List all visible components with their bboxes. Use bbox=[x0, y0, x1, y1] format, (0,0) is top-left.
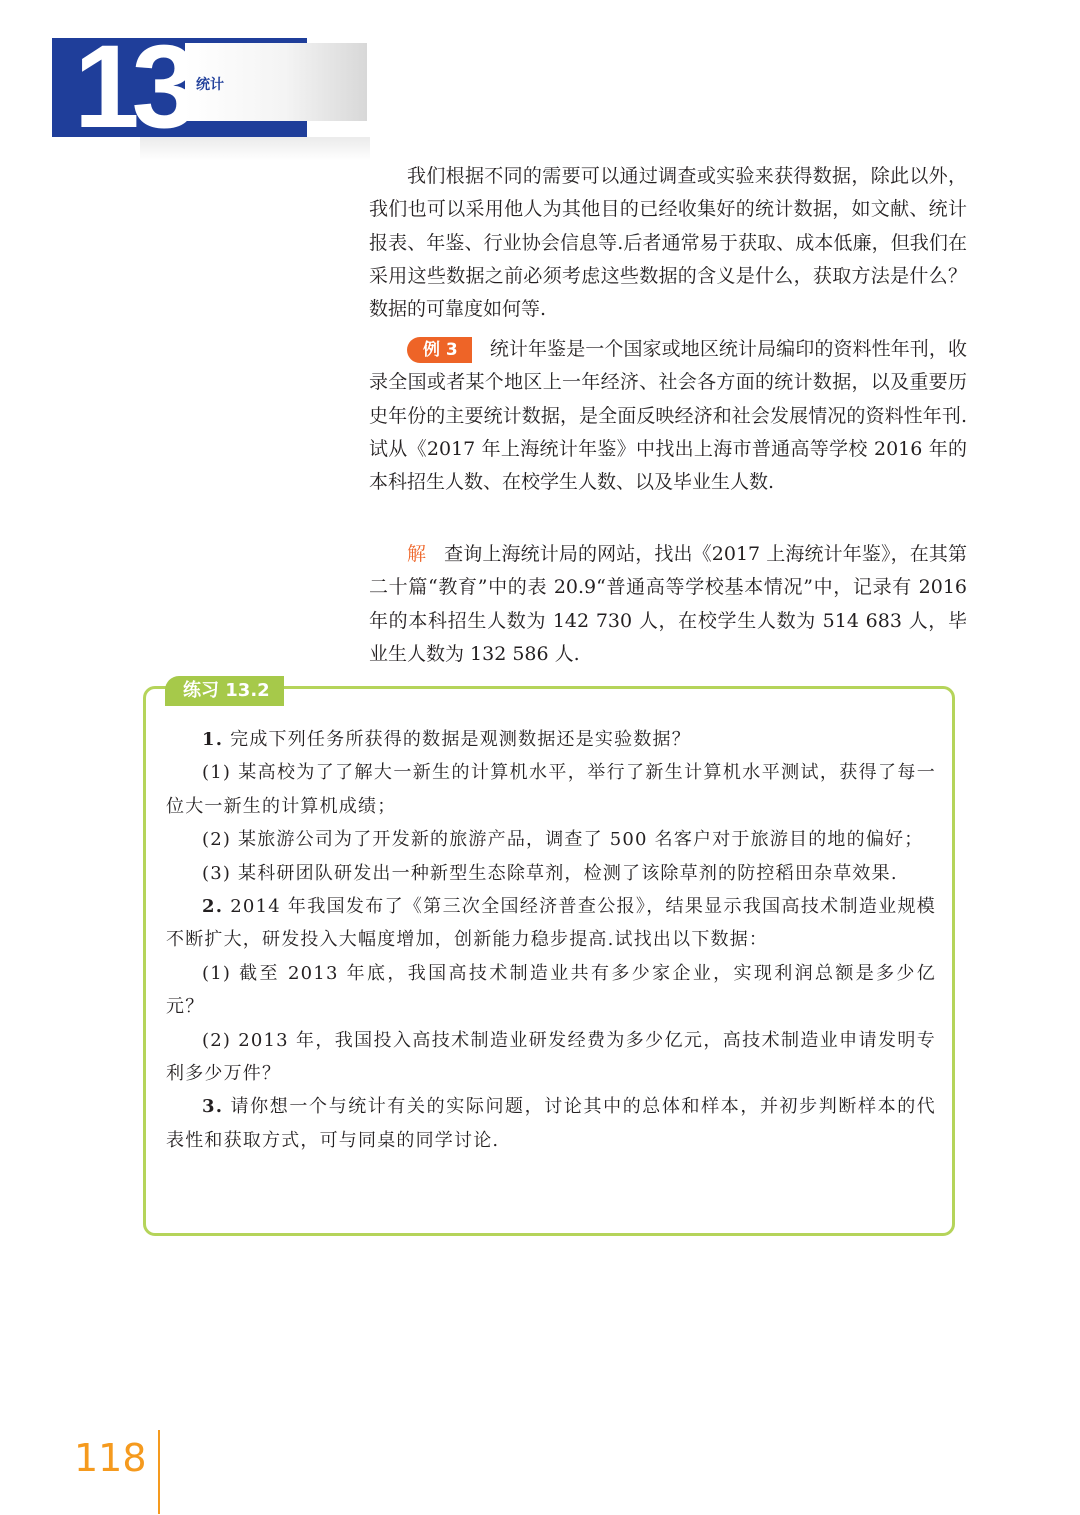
chapter-number: 13 bbox=[74, 28, 189, 146]
solution-section: 解查询上海统计局的网站，找出《2017 上海统计年鉴》，在其第二十篇“教育”中的… bbox=[369, 538, 967, 671]
example-badge: 例 3 bbox=[407, 337, 472, 363]
exercise-item: (1) 截至 2013 年底，我国高技术制造业共有多少家企业，实现利润总额是多少… bbox=[166, 957, 936, 1024]
exercise-item: 1. 完成下列任务所获得的数据是观测数据还是实验数据？ bbox=[166, 723, 936, 756]
page-number: 118 bbox=[74, 1436, 147, 1480]
exercise-item: (2) 2013 年，我国投入高技术制造业研发经费为多少亿元，高技术制造业申请发… bbox=[166, 1024, 936, 1091]
exercise-item: 2. 2014 年我国发布了《第三次全国经济普查公报》，结果显示我国高技术制造业… bbox=[166, 890, 936, 957]
exercise-item: 3. 请你想一个与统计有关的实际问题，讨论其中的总体和样本，并初步判断样本的代表… bbox=[166, 1090, 936, 1157]
intro-section: 我们根据不同的需要可以通过调查或实验来获得数据，除此以外，我们也可以采用他人为其… bbox=[369, 160, 967, 326]
exercise-label: 练习 13.2 bbox=[165, 676, 284, 706]
intro-paragraph: 我们根据不同的需要可以通过调查或实验来获得数据，除此以外，我们也可以采用他人为其… bbox=[369, 160, 967, 326]
example-section: 例 3统计年鉴是一个国家或地区统计局编印的资料性年刊，收录全国或者某个地区上一年… bbox=[369, 333, 967, 499]
page-number-rule bbox=[158, 1430, 160, 1514]
exercise-item: (2) 某旅游公司为了开发新的旅游产品，调查了 500 名客户对于旅游目的地的偏… bbox=[166, 823, 936, 856]
solution-text: 查询上海统计局的网站，找出《2017 上海统计年鉴》，在其第二十篇“教育”中的表… bbox=[369, 543, 967, 665]
exercise-content: 1. 完成下列任务所获得的数据是观测数据还是实验数据？ (1) 某高校为了了解大… bbox=[166, 723, 936, 1157]
chapter-title: 统计 bbox=[196, 74, 224, 94]
chapter-banner-shadow bbox=[140, 137, 370, 161]
exercise-item: (3) 某科研团队研发出一种新型生态除草剂，检测了该除草剂的防控稻田杂草效果. bbox=[166, 857, 936, 890]
exercise-item: (1) 某高校为了了解大一新生的计算机水平，举行了新生计算机水平测试，获得了每一… bbox=[166, 756, 936, 823]
solution-label: 解 bbox=[407, 543, 426, 565]
